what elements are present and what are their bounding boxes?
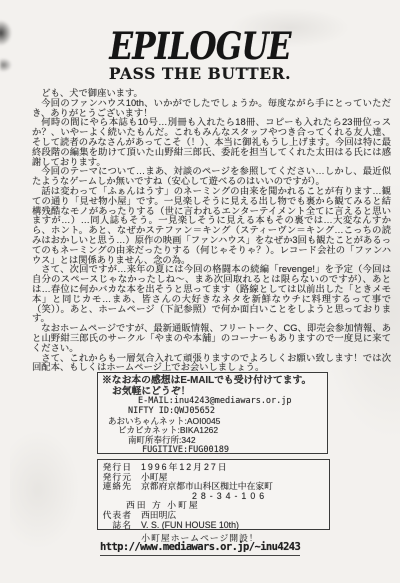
colophon-label: 連絡先 — [98, 482, 132, 492]
contact-box: ※なお本の感想はE-MAILでも受け付けてます。 お気軽にどうぞ！ E-MAIL… — [97, 372, 328, 454]
scanned-page: EPILOGUE PASS THE BUTTER. ども、犬で御座います。 今回… — [0, 0, 400, 583]
paragraph: 今回のファンハウス10th、いかがでしたでしょうか。毎度ながら手にとっていただき… — [32, 99, 391, 119]
colophon-value: 28-34-106 — [192, 492, 268, 502]
contact-box-heading: ※なお本の感想はE-MAILでも受け付けてます。 — [98, 376, 327, 387]
contact-line-fugitive: FUGITIVE:FUG00189 — [98, 446, 327, 456]
paragraph: 何時の間にやら本誌も10号…別冊も入れたら18冊、コピーも入れたら23冊位っスか… — [32, 118, 391, 167]
paragraph: さて、これからも一層気合入れて頑張りますのでよろしくお願い致します！では次回配本… — [32, 354, 391, 374]
afterword-text: ども、犬で御座います。 今回のファンハウス10th、いかがでしたでしょうか。毎度… — [32, 89, 391, 373]
colophon-row: 発行日 1996年12月27日 — [98, 463, 329, 473]
colophon-row: 西田 方 小町屋 — [98, 501, 329, 511]
page-title: EPILOGUE — [32, 26, 368, 66]
homepage-url: http://www.mediawars.or.jp/~inu4243 — [100, 541, 300, 556]
colophon-label: 誌名 — [98, 521, 132, 531]
colophon-row: 誌名 V. S. (FUN HOUSE 10th) — [98, 521, 329, 531]
paragraph: 今回のテーマについて…まあ、対談のページを参照してください…しかし、最近似たよう… — [32, 167, 391, 187]
title-block: EPILOGUE PASS THE BUTTER. — [0, 26, 400, 83]
paragraph: 話は変わって「ふぁんはうす」のネーミングの由来を聞かれることが有ります…観ての通… — [32, 187, 391, 265]
paragraph: なおホームページですが、最新通販情報、フリートーク、CG、即売会参加情報、あと山… — [32, 324, 391, 353]
colophon-value: V. S. (FUN HOUSE 10th) — [141, 521, 239, 531]
colophon-box: 発行日 1996年12月27日 発行元 小町屋 連絡先 京都府京都市山科区椥辻中… — [97, 459, 330, 530]
paragraph: さて、次回ですが…来年の夏には今回の格闘本の続編「revenge!」を予定（今回… — [32, 265, 391, 324]
